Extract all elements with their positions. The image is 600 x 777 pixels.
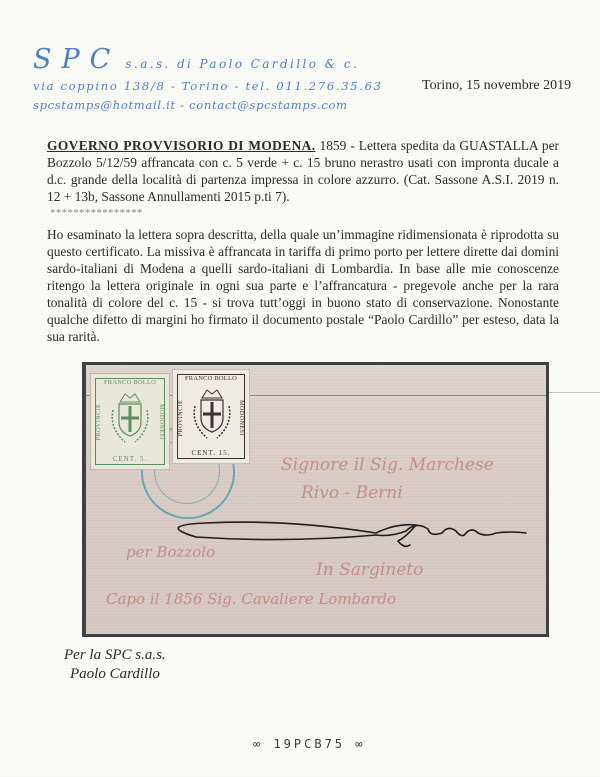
signoff-company: Per la SPC s.a.s. (64, 646, 166, 665)
company-logo: SPC (33, 44, 120, 75)
coat-of-arms-icon (187, 386, 237, 446)
certificate-text: Ho esaminato la lettera sopra descritta,… (47, 226, 559, 345)
separator: **************** (50, 207, 143, 219)
company-address: via coppino 138/8 - Torino - tel. 011.27… (33, 79, 383, 93)
expert-signature (166, 515, 546, 555)
company-emails: spcstamps@hotmail.it - contact@spcstamps… (33, 98, 348, 112)
company-name: s.a.s. di Paolo Cardillo & c. (125, 57, 359, 71)
stamp-15-cent-brown: FRANCO BOLLO PROVINCIE MODONESI CENT. 15… (172, 369, 250, 464)
address-line: Rivo - Berni (301, 483, 403, 503)
address-line: Signore il Sig. Marchese (281, 455, 494, 475)
coat-of-arms-icon (105, 390, 155, 450)
fold-line-extension (548, 392, 600, 393)
address-line: In Sargineto (316, 560, 423, 580)
signoff: Per la SPC s.a.s. Paolo Cardillo (64, 646, 166, 684)
certificate-serial: ∞ 19PCB75 ∞ (253, 737, 365, 751)
letter-image: FRANCO BOLLO PROVINCIE MODONESI CENT. 5.… (82, 362, 549, 637)
certificate-date: Torino, 15 novembre 2019 (422, 78, 571, 94)
item-description: GOVERNO PROVVISORIO DI MODENA. 1859 - Le… (47, 137, 559, 205)
signoff-name: Paolo Cardillo (64, 665, 166, 684)
address-line: Capo il 1856 Sig. Cavaliere Lombardo (106, 590, 396, 608)
stamp-5-cent-green: FRANCO BOLLO PROVINCIE MODONESI CENT. 5. (90, 373, 170, 470)
description-subject: GOVERNO PROVVISORIO DI MODENA. (47, 138, 315, 153)
